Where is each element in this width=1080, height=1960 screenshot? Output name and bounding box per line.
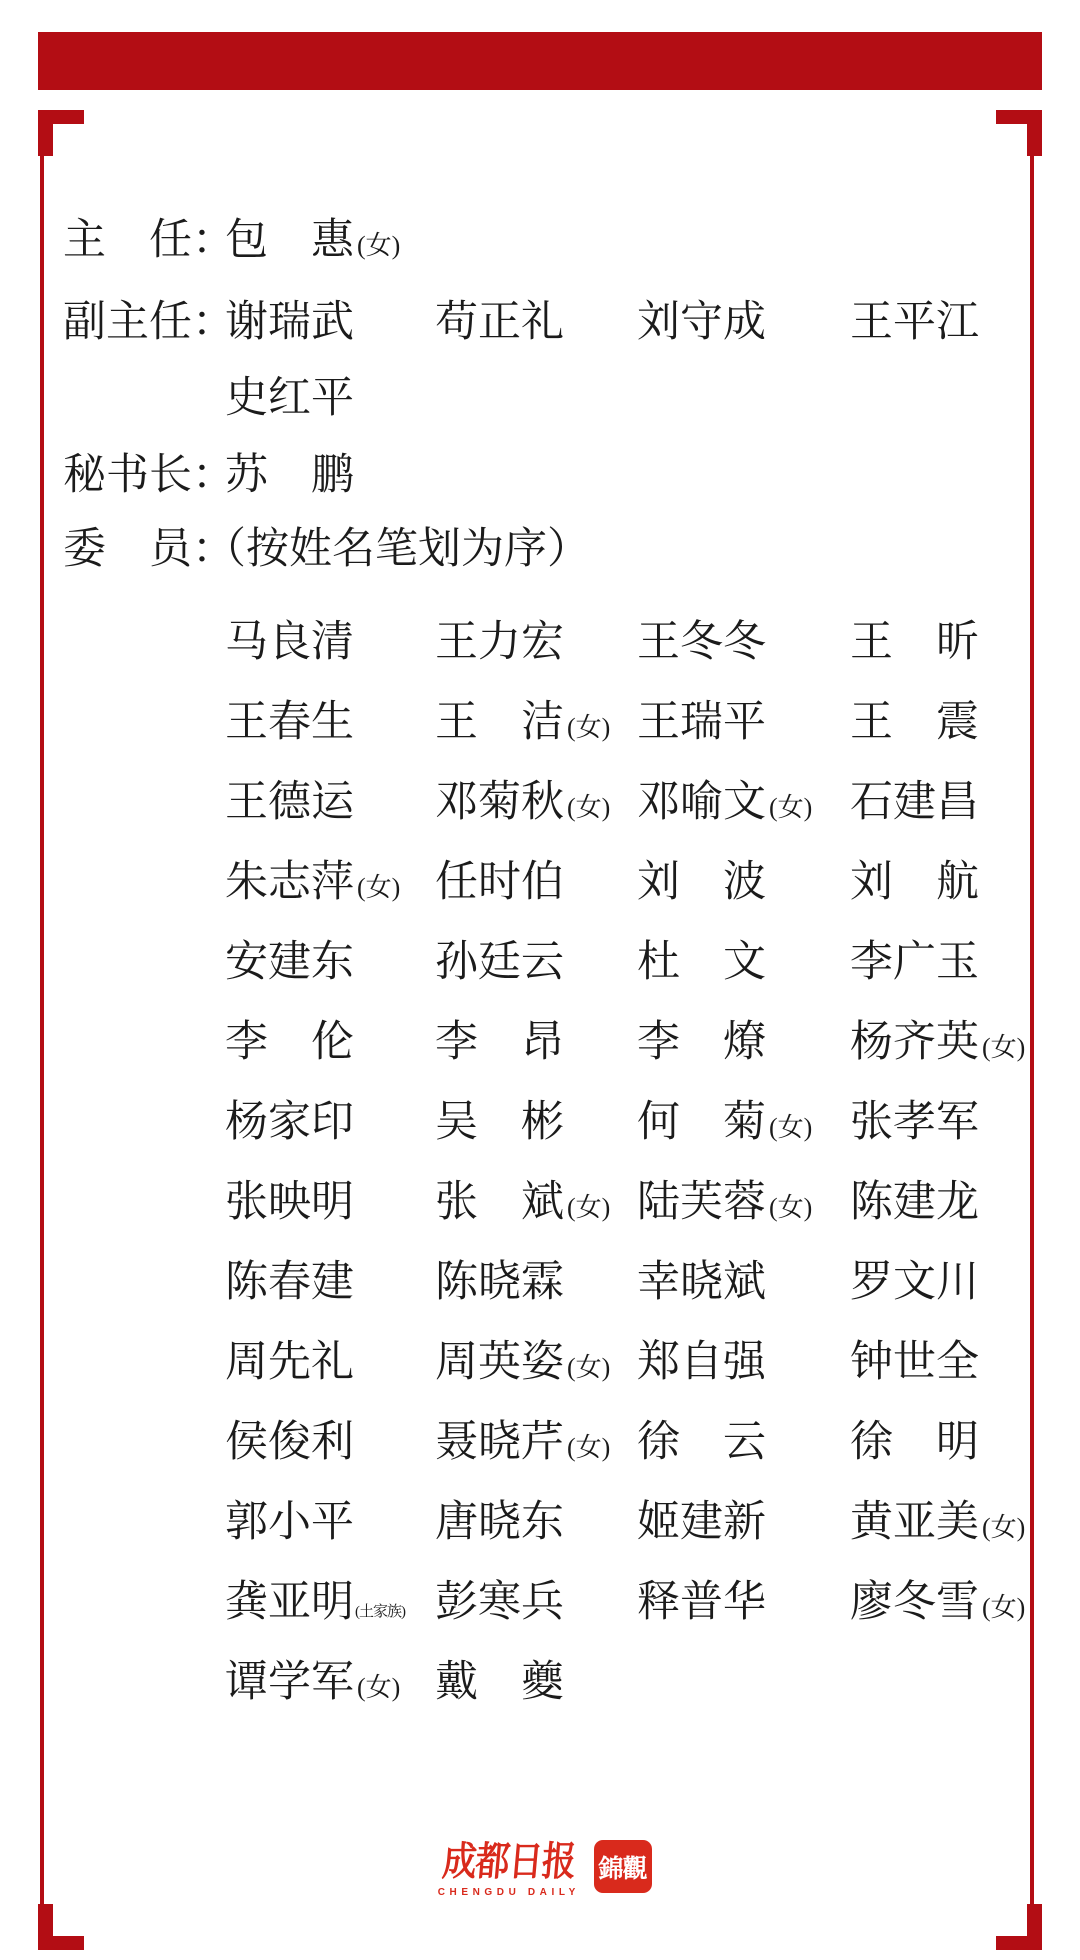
name-cell: 刘守成	[637, 298, 766, 348]
member-name: 聂晓芹	[435, 1419, 564, 1466]
member-name: 徐 明	[850, 1419, 979, 1466]
logo-badge-text: 錦觀	[598, 1849, 646, 1885]
member-name: 郭小平	[225, 1499, 354, 1546]
name-cell: 王春生	[225, 698, 354, 748]
name-cell: 李 伦	[225, 1018, 354, 1068]
member-name: 马良清	[225, 619, 354, 666]
name-cell: 张孝军	[850, 1098, 979, 1148]
member-name: 张 斌	[435, 1179, 564, 1226]
member-name: 何 菊	[637, 1099, 766, 1146]
member-name: 王 震	[850, 699, 979, 746]
logo-jinguan-badge: 錦觀	[594, 1840, 652, 1893]
name-cell: 周英姿(女)	[435, 1338, 610, 1393]
member-name: 包 惠	[225, 217, 354, 264]
member-name: 郑自强	[637, 1339, 766, 1386]
name-cell: 李广玉	[850, 938, 979, 988]
member-name: 周英姿	[435, 1339, 564, 1386]
member-name: 吴 彬	[435, 1099, 564, 1146]
member-name: 刘 波	[637, 859, 766, 906]
member-name: 李 伦	[225, 1019, 354, 1066]
gender-tag: (女)	[567, 713, 610, 742]
officer-line: 主 任：包 惠(女)	[0, 216, 1080, 266]
member-name: 彭寒兵	[435, 1579, 564, 1626]
name-cell: 朱志萍(女)	[225, 858, 400, 913]
name-cell: 王瑞平	[637, 698, 766, 748]
member-row: 马良清王力宏王冬冬王 昕	[0, 618, 1080, 668]
name-cell: 王平江	[850, 298, 979, 348]
member-name: 钟世全	[850, 1339, 979, 1386]
role-label: 副主任：	[63, 298, 235, 348]
gender-tag: (女)	[357, 1673, 400, 1702]
member-name: 朱志萍	[225, 859, 354, 906]
gender-tag: (女)	[982, 1513, 1025, 1542]
gender-tag: (女)	[567, 1353, 610, 1382]
member-name: 谭学军	[225, 1659, 354, 1706]
name-cell: 杨齐英(女)	[850, 1018, 1025, 1073]
member-row: 侯俊利聂晓芹(女)徐 云徐 明	[0, 1418, 1080, 1468]
name-cell: 孙廷云	[435, 938, 564, 988]
name-cell: 黄亚美(女)	[850, 1498, 1025, 1553]
member-name: 王瑞平	[637, 699, 766, 746]
member-name: 王德运	[225, 779, 354, 826]
ethnicity-tag: (土家族)	[355, 1604, 405, 1620]
name-cell: 安建东	[225, 938, 354, 988]
member-name: 王 洁	[435, 699, 564, 746]
member-name: 周先礼	[225, 1339, 354, 1386]
member-name: 苟正礼	[435, 299, 564, 346]
member-row: 杨家印吴 彬何 菊(女)张孝军	[0, 1098, 1080, 1148]
name-cell: 李 燎	[637, 1018, 766, 1068]
name-cell: 周先礼	[225, 1338, 354, 1388]
name-cell: 李 昂	[435, 1018, 564, 1068]
member-name: 释普华	[637, 1579, 766, 1626]
name-cell: 张映明	[225, 1178, 354, 1228]
name-cell: 陈晓霖	[435, 1258, 564, 1308]
gender-tag: (女)	[567, 1433, 610, 1462]
name-cell: 戴 夔	[435, 1658, 564, 1708]
name-cell: 龚亚明(土家族)	[225, 1578, 405, 1637]
officer-line: 史红平	[0, 374, 1080, 424]
member-name: 刘守成	[637, 299, 766, 346]
name-cell: 史红平	[225, 374, 354, 424]
name-cell: 姬建新	[637, 1498, 766, 1548]
member-row: 朱志萍(女)任时伯刘 波刘 航	[0, 858, 1080, 908]
member-name: 石建昌	[850, 779, 979, 826]
name-cell: 王 昕	[850, 618, 979, 668]
member-name: 王春生	[225, 699, 354, 746]
logo-chengdu-daily-en: CHENGDU DAILY	[433, 1887, 580, 1898]
member-row: 陈春建陈晓霖幸晓斌罗文川	[0, 1258, 1080, 1308]
member-name: 孙廷云	[435, 939, 564, 986]
name-cell: 谭学军(女)	[225, 1658, 400, 1713]
member-name: 唐晓东	[435, 1499, 564, 1546]
name-cell: 王 震	[850, 698, 979, 748]
member-name: 陈春建	[225, 1259, 354, 1306]
gender-tag: (女)	[982, 1033, 1025, 1062]
gender-tag: (女)	[982, 1593, 1025, 1622]
name-cell: 张 斌(女)	[435, 1178, 610, 1233]
member-name: 杜 文	[637, 939, 766, 986]
name-cell: 彭寒兵	[435, 1578, 564, 1628]
name-cell: 王 洁(女)	[435, 698, 610, 753]
member-name: 张孝军	[850, 1099, 979, 1146]
role-label: 秘书长：	[63, 451, 235, 501]
committee-roster: 主 任：包 惠(女)副主任：谢瑞武苟正礼刘守成王平江史红平秘书长：苏 鹏委 员：…	[0, 0, 1080, 1960]
name-cell: 任时伯	[435, 858, 564, 908]
member-name: 张映明	[225, 1179, 354, 1226]
name-cell: 杨家印	[225, 1098, 354, 1148]
officer-line: 副主任：谢瑞武苟正礼刘守成王平江	[0, 298, 1080, 348]
member-name: 王平江	[850, 299, 979, 346]
member-row: 谭学军(女)戴 夔	[0, 1658, 1080, 1708]
member-name: 王 昕	[850, 619, 979, 666]
member-name: 安建东	[225, 939, 354, 986]
name-cell: 邓菊秋(女)	[435, 778, 610, 833]
name-cell: 苏 鹏	[225, 451, 354, 501]
name-cell: 王德运	[225, 778, 354, 828]
member-name: 廖冬雪	[850, 1579, 979, 1626]
name-cell: 刘 波	[637, 858, 766, 908]
name-cell: 吴 彬	[435, 1098, 564, 1148]
member-name: 杨齐英	[850, 1019, 979, 1066]
member-name: 黄亚美	[850, 1499, 979, 1546]
logo-wordmark: 成都日报 CHENGDU DAILY	[429, 1840, 585, 1898]
member-name: 刘 航	[850, 859, 979, 906]
name-cell: 陈春建	[225, 1258, 354, 1308]
name-cell: 苟正礼	[435, 298, 564, 348]
gender-tag: (女)	[357, 231, 400, 260]
member-name: 王冬冬	[637, 619, 766, 666]
name-cell: 释普华	[637, 1578, 766, 1628]
sort-order-note: （按姓名笔划为序）	[203, 525, 590, 575]
member-name: 苏 鹏	[225, 452, 354, 499]
member-name: 姬建新	[637, 1499, 766, 1546]
footer-logo: 成都日报 CHENGDU DAILY 錦觀	[0, 1840, 1080, 1898]
member-name: 幸晓斌	[637, 1259, 766, 1306]
gender-tag: (女)	[357, 873, 400, 902]
name-cell: 聂晓芹(女)	[435, 1418, 610, 1473]
member-row: 张映明张 斌(女)陆芙蓉(女)陈建龙	[0, 1178, 1080, 1228]
name-cell: 钟世全	[850, 1338, 979, 1388]
member-name: 李 燎	[637, 1019, 766, 1066]
member-name: 李 昂	[435, 1019, 564, 1066]
member-row: 王春生王 洁(女)王瑞平王 震	[0, 698, 1080, 748]
name-cell: 幸晓斌	[637, 1258, 766, 1308]
gender-tag: (女)	[769, 793, 812, 822]
member-row: 李 伦李 昂李 燎杨齐英(女)	[0, 1018, 1080, 1068]
name-cell: 廖冬雪(女)	[850, 1578, 1025, 1633]
role-label: 主 任：	[63, 216, 235, 266]
member-name: 史红平	[225, 375, 354, 422]
member-name: 陈建龙	[850, 1179, 979, 1226]
name-cell: 陈建龙	[850, 1178, 979, 1228]
member-name: 邓菊秋	[435, 779, 564, 826]
member-name: 罗文川	[850, 1259, 979, 1306]
member-name: 戴 夔	[435, 1659, 564, 1706]
member-name: 王力宏	[435, 619, 564, 666]
logo-chengdu-daily-cn: 成都日报	[440, 1840, 576, 1884]
article-page: 主 任：包 惠(女)副主任：谢瑞武苟正礼刘守成王平江史红平秘书长：苏 鹏委 员：…	[0, 0, 1080, 1960]
gender-tag: (女)	[567, 793, 610, 822]
name-cell: 石建昌	[850, 778, 979, 828]
officer-line: 秘书长：苏 鹏	[0, 451, 1080, 501]
member-row: 安建东孙廷云杜 文李广玉	[0, 938, 1080, 988]
name-cell: 徐 云	[637, 1418, 766, 1468]
name-cell: 包 惠(女)	[225, 216, 400, 271]
name-cell: 罗文川	[850, 1258, 979, 1308]
member-row: 郭小平唐晓东姬建新黄亚美(女)	[0, 1498, 1080, 1548]
member-name: 徐 云	[637, 1419, 766, 1466]
member-name: 陆芙蓉	[637, 1179, 766, 1226]
name-cell: 王冬冬	[637, 618, 766, 668]
member-row: 周先礼周英姿(女)郑自强钟世全	[0, 1338, 1080, 1388]
officer-line: 委 员：（按姓名笔划为序）	[0, 525, 1080, 575]
member-name: 任时伯	[435, 859, 564, 906]
name-cell: 杜 文	[637, 938, 766, 988]
name-cell: 侯俊利	[225, 1418, 354, 1468]
name-cell: 郭小平	[225, 1498, 354, 1548]
member-name: 侯俊利	[225, 1419, 354, 1466]
name-cell: 郑自强	[637, 1338, 766, 1388]
gender-tag: (女)	[769, 1113, 812, 1142]
member-name: 陈晓霖	[435, 1259, 564, 1306]
gender-tag: (女)	[567, 1193, 610, 1222]
gender-tag: (女)	[769, 1193, 812, 1222]
member-name: 李广玉	[850, 939, 979, 986]
name-cell: 唐晓东	[435, 1498, 564, 1548]
member-name: 杨家印	[225, 1099, 354, 1146]
name-cell: 马良清	[225, 618, 354, 668]
name-cell: 何 菊(女)	[637, 1098, 812, 1153]
name-cell: 陆芙蓉(女)	[637, 1178, 812, 1233]
member-name: 谢瑞武	[225, 299, 354, 346]
member-row: 龚亚明(土家族)彭寒兵释普华廖冬雪(女)	[0, 1578, 1080, 1628]
member-name: 邓喻文	[637, 779, 766, 826]
member-name: 龚亚明	[225, 1579, 354, 1626]
name-cell: 谢瑞武	[225, 298, 354, 348]
member-row: 王德运邓菊秋(女)邓喻文(女)石建昌	[0, 778, 1080, 828]
name-cell: 王力宏	[435, 618, 564, 668]
name-cell: 刘 航	[850, 858, 979, 908]
name-cell: 徐 明	[850, 1418, 979, 1468]
name-cell: 邓喻文(女)	[637, 778, 812, 833]
